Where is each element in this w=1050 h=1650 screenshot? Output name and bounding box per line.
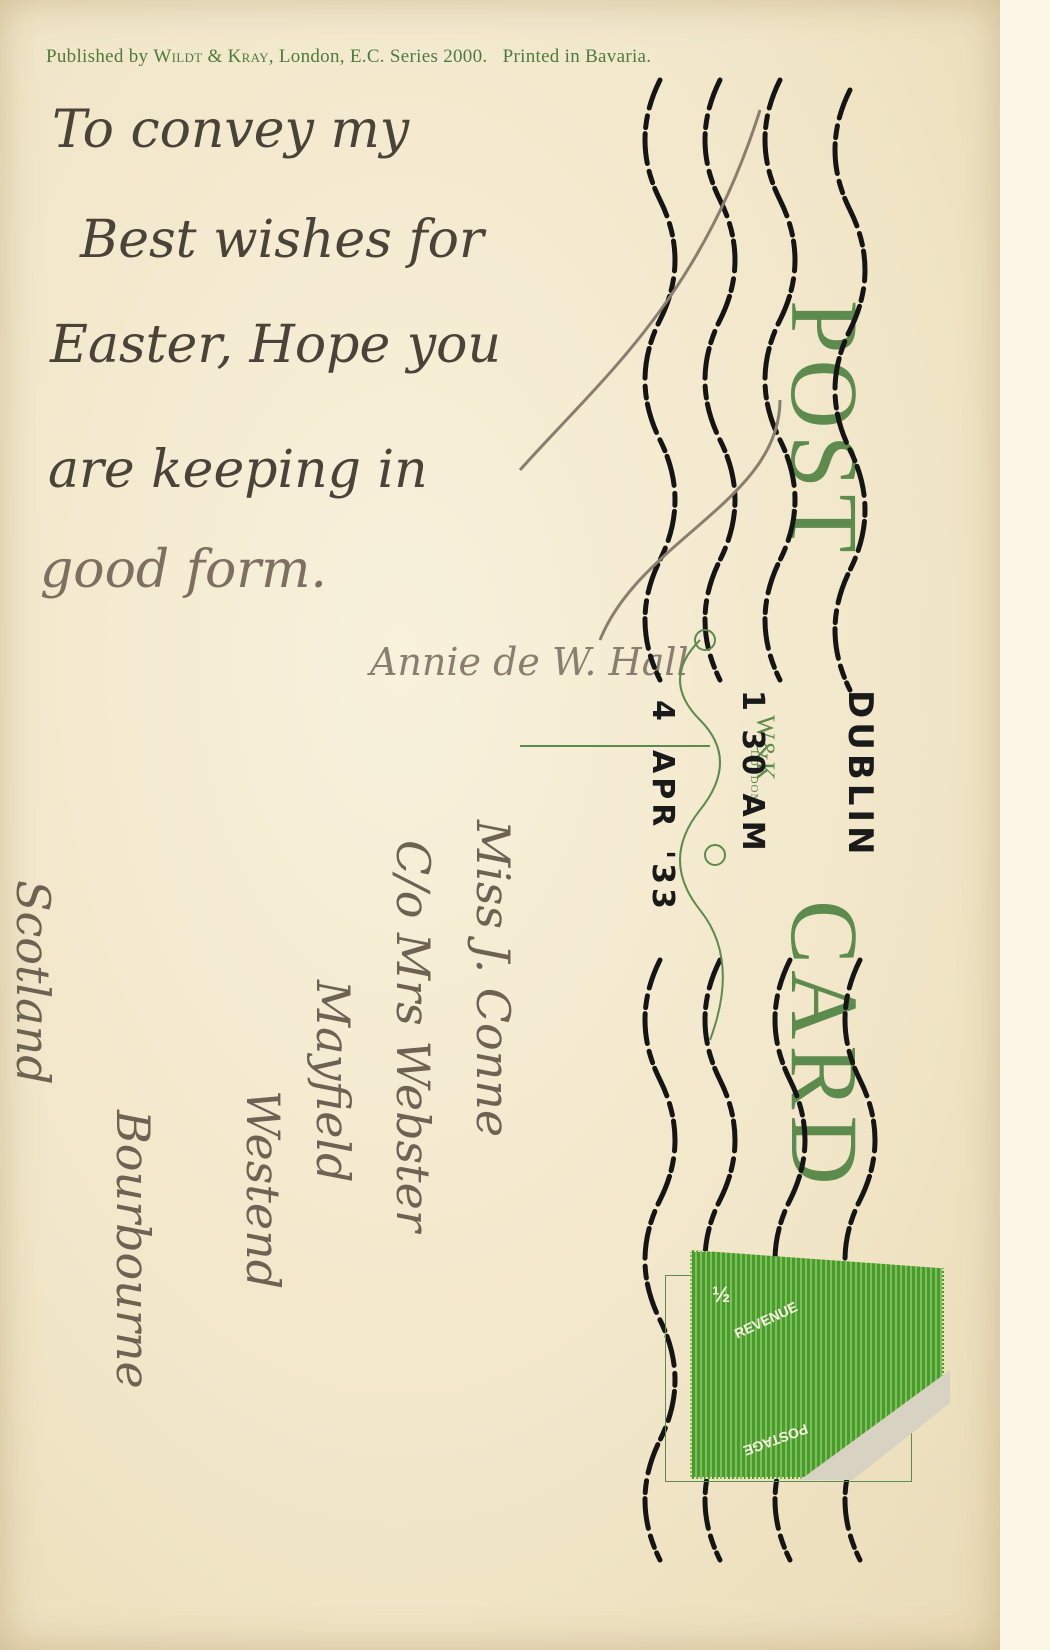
postmark-city: DUBLIN <box>840 690 880 859</box>
address-line-3: Mayfield <box>306 980 360 1183</box>
address-line-4: Westend <box>236 1090 290 1289</box>
address-line-6: Scotland <box>6 880 60 1085</box>
postmark-year: '33 <box>645 850 680 913</box>
postmark-day: 4 <box>645 700 680 725</box>
postcard-back: Published by Wildt & Kray, London, E.C. … <box>0 0 1000 1650</box>
postmark-month: APR <box>645 750 680 830</box>
address-line-1: Miss J. Conne <box>466 820 520 1137</box>
postmark-time: 1 30 AM <box>735 690 770 855</box>
stamp-denomination: ½ <box>712 1282 730 1308</box>
address-line-2: C/o Mrs Webster <box>386 840 440 1232</box>
address-line-5: Bourbourne <box>106 1110 160 1389</box>
stamp-postage-label: POSTAGE <box>741 1421 810 1459</box>
stamp-revenue-label: REVENUE <box>732 1298 800 1341</box>
